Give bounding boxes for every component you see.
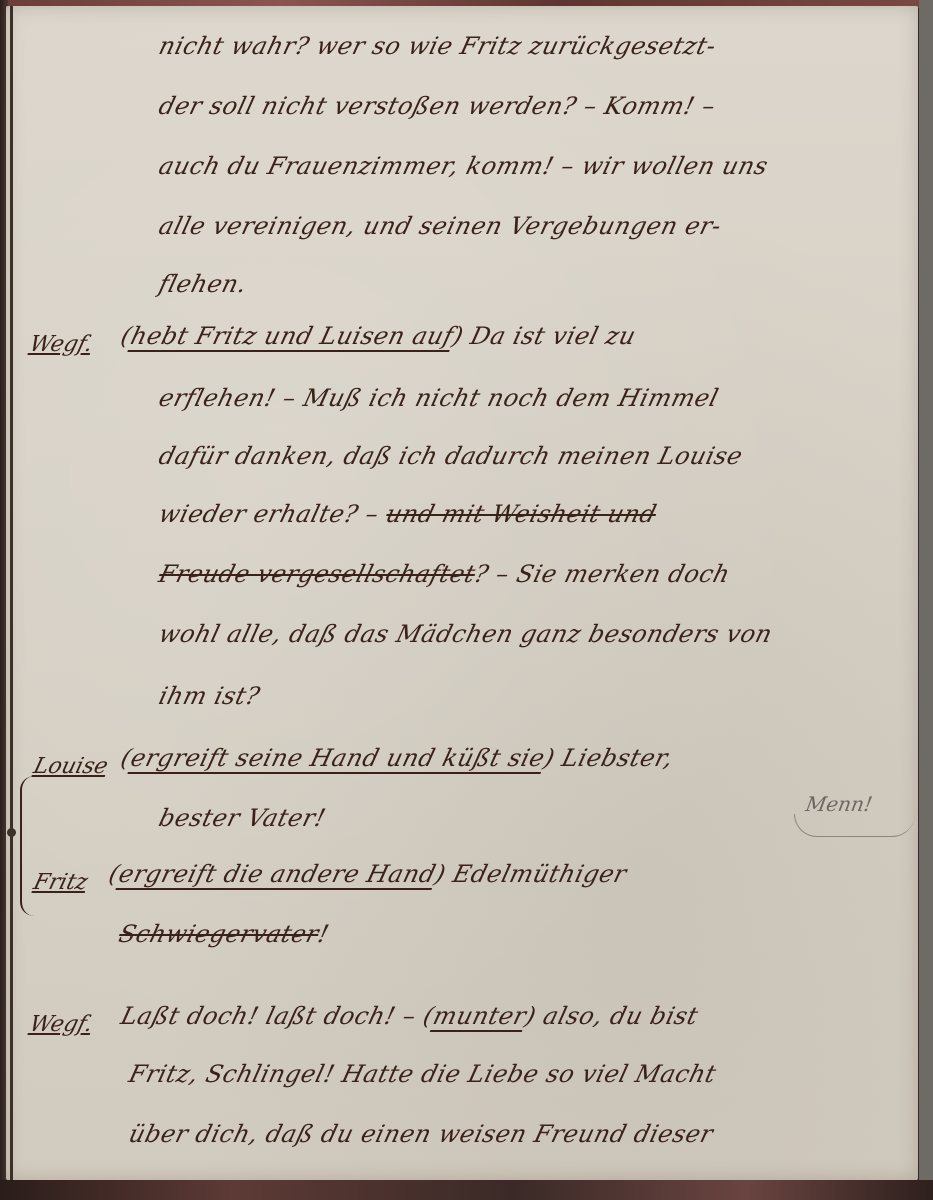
stage-direction-underlined: ergreift seine Hand und küßt sie (128, 744, 548, 772)
text-line-9: wieder erhalte? – und mit Weisheit und (156, 500, 660, 528)
binding-thread-knot (7, 828, 16, 837)
text-line-16: Schwiegervater! (116, 920, 332, 948)
dialogue-text: ) Edelmüthiger (432, 860, 630, 888)
struck-out-text: Freude vergesellschaftet (156, 560, 479, 588)
speaker-label-louise: Louise (31, 754, 111, 779)
text-line-14: bester Vater! (156, 804, 329, 832)
text-line-15: (ergreift die andere Hand) Edelmüthiger (106, 860, 630, 888)
stage-direction-underlined: hebt Fritz und Luisen auf (128, 322, 457, 350)
text-line-2: der soll nicht verstoßen werden? – Komm!… (156, 92, 719, 120)
text-line-5: flehen. (156, 270, 250, 298)
text-line-1: nicht wahr? wer so wie Fritz zurückgeset… (156, 32, 719, 60)
pencil-margin-stroke (794, 814, 915, 837)
dialogue-text: wieder erhalte? – (156, 500, 390, 528)
pencil-margin-note: Menn! (804, 792, 874, 816)
speaker-label-fritz: Fritz (31, 870, 90, 895)
struck-out-text: Schwiegervater (116, 920, 322, 948)
text-line-12: ihm ist? (156, 682, 263, 710)
text-line-11: wohl alle, daß das Mädchen ganz besonder… (156, 620, 775, 648)
text-line-4: alle vereinigen, und seinen Vergebungen … (156, 212, 724, 240)
dialogue-text: ? – Sie merken doch (472, 560, 734, 588)
stage-direction-underlined: ergreift die andere Hand (116, 860, 439, 888)
dialogue-text: ) Da ist viel zu (450, 322, 639, 350)
manuscript-page: nicht wahr? wer so wie Fritz zurückgeset… (6, 6, 918, 1180)
speaker-label-wegf: Wegf. (27, 332, 96, 357)
text-line-10: Freude vergesellschaftet? – Sie merken d… (156, 560, 733, 588)
text-line-19: über dich, daß du einen weisen Freund di… (126, 1120, 716, 1148)
struck-out-text: und mit Weisheit und (383, 500, 659, 528)
text-line-13: (ergreift seine Hand und küßt sie) Liebs… (118, 744, 676, 772)
margin-brace (20, 776, 38, 916)
stage-direction-underlined: munter (430, 1002, 529, 1030)
text-line-3: auch du Frauenzimmer, komm! – wir wollen… (156, 152, 771, 180)
text-line-8: dafür danken, daß ich dadurch meinen Lou… (156, 442, 746, 470)
dialogue-text: ) Liebster, (541, 744, 676, 772)
text-line-6: (hebt Fritz und Luisen auf) Da ist viel … (118, 322, 639, 350)
dialogue-text: ) also, du bist (522, 1002, 701, 1030)
text-line-18: Fritz, Schlingel! Hatte die Liebe so vie… (126, 1060, 719, 1088)
gutter-binding-line (10, 6, 13, 1180)
text-line-7: erflehen! – Muß ich nicht noch dem Himme… (156, 384, 722, 412)
dialogue-text: Laßt doch! laßt doch! – ( (118, 1002, 437, 1030)
speaker-label-wegf: Wegf. (27, 1012, 96, 1037)
text-line-17: Laßt doch! laßt doch! – (munter) also, d… (118, 1002, 701, 1030)
book-cover-right-edge (919, 0, 933, 1200)
book-cover-bottom-edge (0, 1180, 933, 1200)
